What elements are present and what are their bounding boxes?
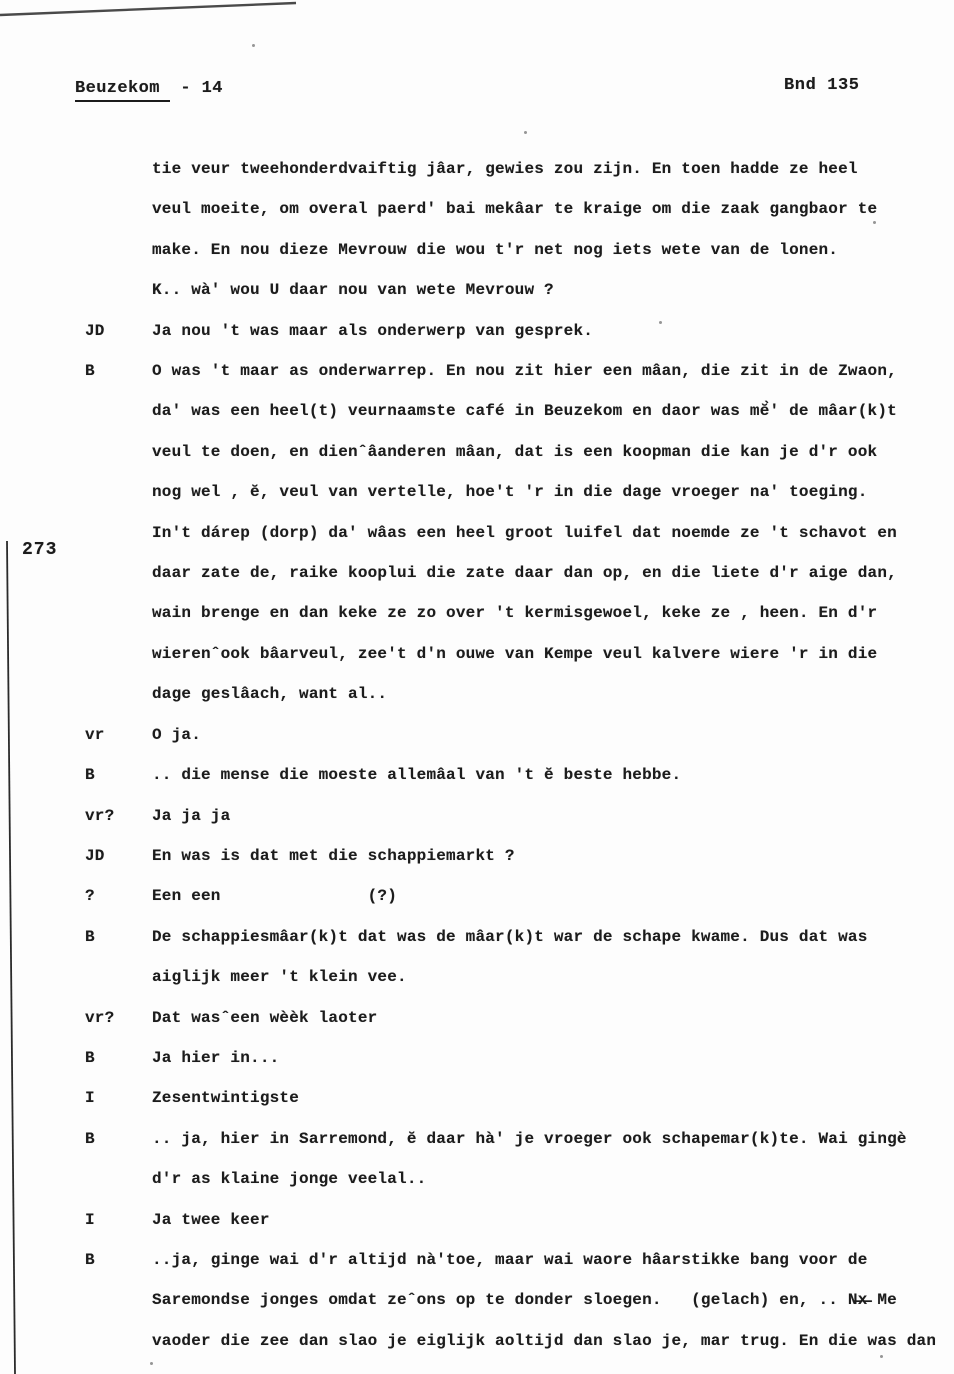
transcript-row: I Zesentwintigste: [152, 1078, 954, 1118]
transcript: tie veur tweehonderdvaiftig jâar, gewies…: [152, 149, 954, 1361]
transcript-line: K.. wà' wou U daar nou van wete Mevrouw …: [152, 270, 954, 310]
transcript-line: Ja hier in...: [152, 1038, 954, 1078]
speaker-label: B: [85, 351, 95, 391]
speaker-label: vr: [85, 715, 105, 755]
transcript-row: B .. die mense die moeste allemâal van '…: [152, 755, 954, 795]
utterance-lines: Ja twee keer: [152, 1200, 954, 1240]
transcript-row: tie veur tweehonderdvaiftig jâar, gewies…: [152, 149, 954, 311]
transcript-line: Ja nou 't was maar als onderwerp van ges…: [152, 311, 954, 351]
transcript-row: B Ja hier in...: [152, 1038, 954, 1078]
speaker-label: B: [85, 1119, 95, 1159]
speaker-label: B: [85, 755, 95, 795]
transcript-line: wain brenge en dan keke ze zo over 't ke…: [152, 593, 954, 633]
utterance-lines: O was 't maar as onderwarrep. En nou zit…: [152, 351, 954, 715]
transcript-row: JD Ja nou 't was maar als onderwerp van …: [152, 311, 954, 351]
utterance-lines: O ja.: [152, 715, 954, 755]
transcript-line: In't dárep (dorp) da' wâas een heel groo…: [152, 513, 954, 553]
utterance-lines: .. ja, hier in Sarremond, ĕ daar hà' je …: [152, 1119, 954, 1200]
transcript-line: O ja.: [152, 715, 954, 755]
speaker-label: ?: [85, 876, 95, 916]
speaker-label: B: [85, 1038, 95, 1078]
transcript-line: En was is dat met die schappiemarkt ?: [152, 836, 954, 876]
header-title-name: Beuzekom: [75, 79, 170, 102]
scan-speck: [252, 44, 255, 47]
transcript-line: vaoder die zee dan slao je eiglijk aolti…: [152, 1321, 954, 1361]
transcript-line: Zesentwintigste: [152, 1078, 954, 1118]
speaker-label: B: [85, 1240, 95, 1280]
transcript-line: d'r as klaine jonge veelal..: [152, 1159, 954, 1199]
scan-speck: [150, 1362, 153, 1365]
speaker-label: B: [85, 917, 95, 957]
transcript-line: aiglijk meer 't klein vee.: [152, 957, 954, 997]
speaker-label: I: [85, 1200, 95, 1240]
transcript-line: daar zate de, raike kooplui die zate daa…: [152, 553, 954, 593]
transcript-line: da' was een heel(t) veurnaamste café in …: [152, 391, 954, 431]
utterance-lines: .. die mense die moeste allemâal van 't …: [152, 755, 954, 795]
scan-line-top: [0, 3, 296, 15]
utterance-lines: Ja hier in...: [152, 1038, 954, 1078]
utterance-lines: Zesentwintigste: [152, 1078, 954, 1118]
transcript-row: B .. ja, hier in Sarremond, ĕ daar hà' j…: [152, 1119, 954, 1200]
utterance-lines: En was is dat met die schappiemarkt ?: [152, 836, 954, 876]
utterance-lines: Ja ja ja: [152, 796, 954, 836]
transcript-row: B ..ja, ginge wai d'r altijd nà'toe, maa…: [152, 1240, 954, 1361]
page-header-title: Beuzekom - 14: [75, 79, 223, 98]
speaker-label: JD: [85, 311, 105, 351]
transcript-line: wierenˆook bâarveul, zee't d'n ouwe van …: [152, 634, 954, 674]
speaker-label: vr?: [85, 998, 114, 1038]
scan-speck: [873, 221, 876, 224]
transcript-line: nog wel , ĕ, veul van vertelle, hoe't 'r…: [152, 472, 954, 512]
utterance-lines: Dat wasˆeen wèèk laoter: [152, 998, 954, 1038]
transcript-row: ? Een een (?): [152, 876, 954, 916]
transcript-row: JD En was is dat met die schappiemarkt ?: [152, 836, 954, 876]
transcript-line: Saremondse jonges omdat zeˆons op te don…: [152, 1280, 954, 1320]
speaker-label: I: [85, 1078, 95, 1118]
transcript-line: dage geslâach, want al..: [152, 674, 954, 714]
scan-speck: [659, 321, 662, 324]
transcript-line: make. En nou dieze Mevrouw die wou t'r n…: [152, 230, 954, 270]
transcript-row: vr? Ja ja ja: [152, 796, 954, 836]
transcript-line: O was 't maar as onderwarrep. En nou zit…: [152, 351, 954, 391]
transcript-row: I Ja twee keer: [152, 1200, 954, 1240]
page-header-band-number: Bnd 135: [784, 76, 860, 95]
transcript-row: B De schappiesmâar(k)t dat was de mâar(k…: [152, 917, 954, 998]
transcript-line: ..ja, ginge wai d'r altijd nà'toe, maar …: [152, 1240, 954, 1280]
speaker-label: vr?: [85, 796, 114, 836]
transcript-line: Een een (?): [152, 876, 954, 916]
utterance-lines: tie veur tweehonderdvaiftig jâar, gewies…: [152, 149, 954, 311]
transcript-line: veul moeite, om overal paerd' bai mekâar…: [152, 189, 954, 229]
transcript-line: tie veur tweehonderdvaiftig jâar, gewies…: [152, 149, 954, 189]
transcript-line: Ja ja ja: [152, 796, 954, 836]
scan-line-left-margin: [7, 541, 15, 1374]
transcript-line: De schappiesmâar(k)t dat was de mâar(k)t…: [152, 917, 954, 957]
scan-speck: [524, 131, 527, 134]
transcript-line: .. ja, hier in Sarremond, ĕ daar hà' je …: [152, 1119, 954, 1159]
transcript-line: Dat wasˆeen wèèk laoter: [152, 998, 954, 1038]
transcript-line: Ja twee keer: [152, 1200, 954, 1240]
utterance-lines: De schappiesmâar(k)t dat was de mâar(k)t…: [152, 917, 954, 998]
speaker-label: JD: [85, 836, 105, 876]
utterance-lines: Een een (?): [152, 876, 954, 916]
transcript-row: vr O ja.: [152, 715, 954, 755]
scan-speck: [880, 1355, 883, 1358]
header-title-number: - 14: [170, 79, 223, 98]
margin-page-number: 273: [22, 540, 57, 560]
transcript-line: veul te doen, en dienˆâanderen mâan, dat…: [152, 432, 954, 472]
document-page: Beuzekom - 14 Bnd 135 273 tie veur tweeh…: [0, 0, 954, 1374]
utterance-lines: ..ja, ginge wai d'r altijd nà'toe, maar …: [152, 1240, 954, 1361]
transcript-row: B O was 't maar as onderwarrep. En nou z…: [152, 351, 954, 715]
transcript-line: .. die mense die moeste allemâal van 't …: [152, 755, 954, 795]
transcript-row: vr? Dat wasˆeen wèèk laoter: [152, 998, 954, 1038]
utterance-lines: Ja nou 't was maar als onderwerp van ges…: [152, 311, 954, 351]
